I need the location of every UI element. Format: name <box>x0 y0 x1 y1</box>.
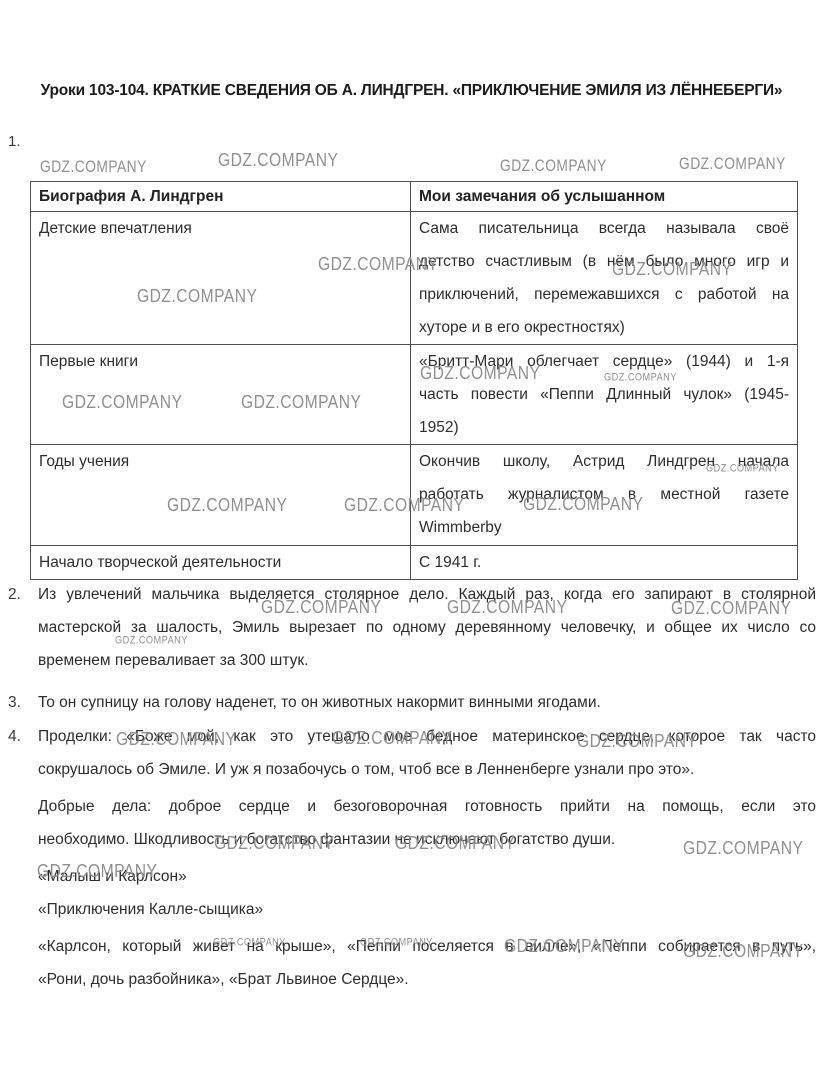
text-line: Проделки: «Боже мой, как это утешало мое… <box>38 720 816 753</box>
paragraph: «Малыш и Карлсон» <box>38 860 816 893</box>
text-line: Добрые дела: доброе сердце и безоговороч… <box>38 790 816 823</box>
text-line: Wimmberby <box>419 511 789 544</box>
text-line: «Рони, дочь разбойника», «Брат Львиное С… <box>38 963 816 996</box>
text-line: временем переваливает за 300 штук. <box>38 644 816 677</box>
paragraph: «Приключения Калле-сыщика» <box>38 893 816 926</box>
table-header-biography: Биография А. Линдгрен <box>31 182 411 212</box>
page-title: Уроки 103-104. КРАТКИЕ СВЕДЕНИЯ ОБ А. ЛИ… <box>10 82 813 100</box>
text-line: «Приключения Калле-сыщика» <box>38 893 816 926</box>
text-line: сокрушалось об Эмиле. И уж я позабочусь … <box>38 753 816 786</box>
list-number: 4. <box>8 720 38 753</box>
watermark: GDZ.COMPANY <box>679 155 786 173</box>
watermark: GDZ.COMPANY <box>40 158 147 176</box>
table-row: Детские впечатления Сама писательница вс… <box>31 212 798 345</box>
text-line: необходимо. Шкодливость и богатство фант… <box>38 823 816 856</box>
table-cell-remark: Сама писательница всегда называла своёде… <box>411 212 798 345</box>
paragraph: Из увлечений мальчика выделяется столярн… <box>38 578 816 677</box>
watermark: GDZ.COMPANY <box>218 150 338 172</box>
list-item-text: Из увлечений мальчика выделяется столярн… <box>38 578 823 677</box>
list-item-text: То он супницу на голову наденет, то он ж… <box>38 686 823 719</box>
text-line: Сама писательница всегда называла своё <box>419 212 789 245</box>
list-item-text: Проделки: «Боже мой, как это утешало мое… <box>38 720 823 996</box>
list-item: 4. Проделки: «Боже мой, как это утешало … <box>0 720 823 996</box>
table-cell-topic: Годы учения <box>31 445 411 546</box>
table-cell-remark: «Бритт-Мари облегчает сердце» (1944) и 1… <box>411 345 798 445</box>
text-line: «Малыш и Карлсон» <box>38 860 816 893</box>
table-header-row: Биография А. Линдгрен Мои замечания об у… <box>31 182 798 212</box>
answer-list: 2. Из увлечений мальчика выделяется стол… <box>0 578 823 996</box>
table-cell-remark: Окончив школу, Астрид Линдгрен началараб… <box>411 445 798 546</box>
text-line: мастерской за шалость, Эмиль вырезает по… <box>38 611 816 644</box>
paragraph: Проделки: «Боже мой, как это утешало мое… <box>38 720 816 786</box>
list-item: 2. Из увлечений мальчика выделяется стол… <box>0 578 823 677</box>
list-item: 3. То он супницу на голову наденет, то о… <box>0 686 823 719</box>
table-cell-topic: Первые книги <box>31 345 411 445</box>
table-header-remarks: Мои замечания об услышанном <box>411 182 798 212</box>
paragraph: «Карлсон, который живет на крыше», «Пепп… <box>38 930 816 996</box>
table-row: Первые книги «Бритт-Мари облегчает сердц… <box>31 345 798 445</box>
document-page: Уроки 103-104. КРАТКИЕ СВЕДЕНИЯ ОБ А. ЛИ… <box>0 0 823 1073</box>
watermark: GDZ.COMPANY <box>500 157 607 175</box>
text-line: детство счастливым (в нём было много игр… <box>419 245 789 278</box>
text-line: Окончив школу, Астрид Линдгрен начала <box>419 445 789 478</box>
text-line: часть повести «Пеппи Длинный чулок» (194… <box>419 378 789 411</box>
text-line: приключений, перемежавшихся с работой на <box>419 278 789 311</box>
table-cell-topic: Детские впечатления <box>31 212 411 345</box>
text-line: 1952) <box>419 411 789 444</box>
text-line: То он супницу на голову наденет, то он ж… <box>38 686 816 719</box>
text-line: хуторе и в его окрестностях) <box>419 311 789 344</box>
biography-table: Биография А. Линдгрен Мои замечания об у… <box>30 181 798 580</box>
list-number-1: 1. <box>8 133 21 150</box>
list-number: 3. <box>8 686 38 719</box>
text-line: работать журналистом в местной газете <box>419 478 789 511</box>
text-line: «Бритт-Мари облегчает сердце» (1944) и 1… <box>419 345 789 378</box>
table-cell-remark: С 1941 г. <box>411 546 798 580</box>
paragraph: То он супницу на голову наденет, то он ж… <box>38 686 816 719</box>
text-line: «Карлсон, который живет на крыше», «Пепп… <box>38 930 816 963</box>
list-number: 2. <box>8 578 38 611</box>
table-row: Начало творческой деятельности С 1941 г. <box>31 546 798 580</box>
text-line: Из увлечений мальчика выделяется столярн… <box>38 578 816 611</box>
table-row: Годы учения Окончив школу, Астрид Линдгр… <box>31 445 798 546</box>
paragraph: Добрые дела: доброе сердце и безоговороч… <box>38 790 816 856</box>
table-cell-topic: Начало творческой деятельности <box>31 546 411 580</box>
text-line: С 1941 г. <box>419 546 789 579</box>
